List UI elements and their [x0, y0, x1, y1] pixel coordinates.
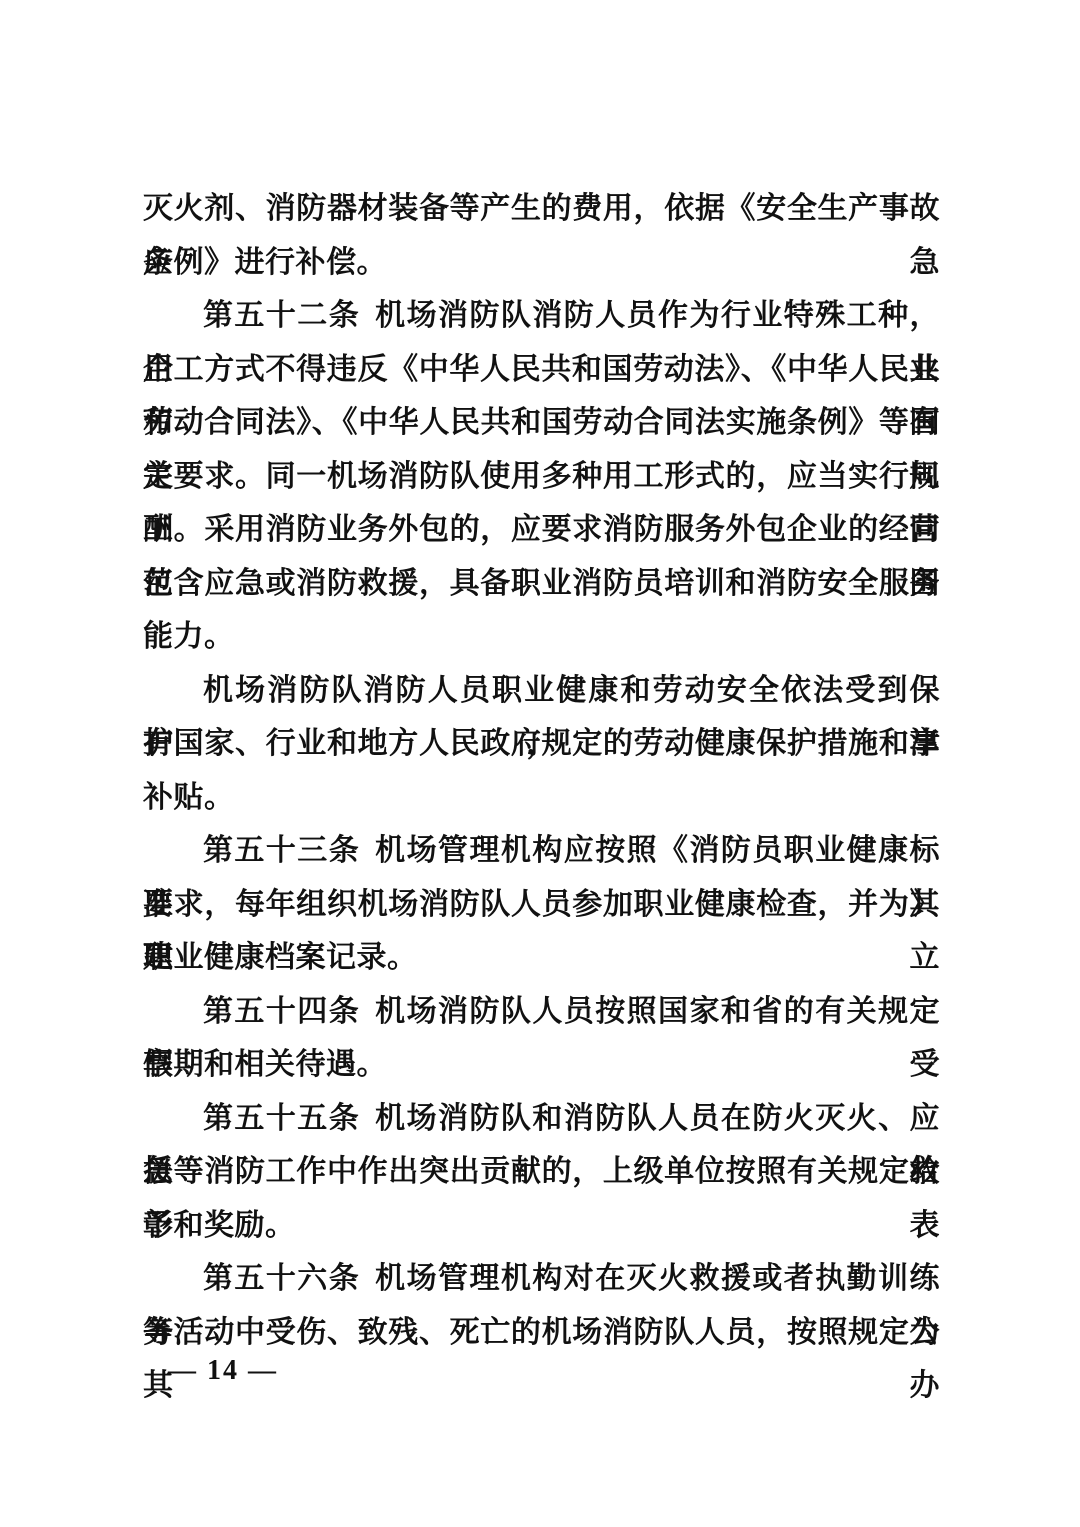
- text-line: 定要求。同一机场消防队使用多种用工形式的，应当实行同工同: [143, 450, 940, 504]
- text-line: 用工方式不得违反《中华人民共和国劳动法》、《中华人民共和国: [143, 343, 940, 397]
- text-line: 能力。: [143, 610, 940, 664]
- text-line: 灭火剂、消防器材装备等产生的费用，依据《安全生产事故应急: [143, 182, 940, 236]
- article-line: 第五十六条机场管理机构对在灭火救援或者执勤训练等公: [143, 1252, 940, 1306]
- text-line: 有国家、行业和地方人民政府规定的劳动健康保护措施和津: [143, 717, 940, 771]
- article-number: 第五十三条: [203, 834, 360, 867]
- article-line: 第五十五条机场消防队和消防队人员在防火灭火、应急救: [143, 1092, 940, 1146]
- page-number-footer: — 14 —: [168, 1355, 278, 1387]
- text-line: 机场消防队消防人员职业健康和劳动安全依法受到保护，享: [143, 664, 940, 718]
- text-line: 要求，每年组织机场消防队人员参加职业健康检查，并为其建立: [143, 878, 940, 932]
- text-block: 灭火剂、消防器材装备等产生的费用，依据《安全生产事故应急条例》进行补偿。第五十二…: [143, 182, 940, 1359]
- text-line: 包含应急或消防救援，具备职业消防员培训和消防安全服务: [143, 557, 940, 611]
- text-line: 务活动中受伤、致残、死亡的机场消防队人员，按照规定为其办: [143, 1306, 940, 1360]
- text-line: 援等消防工作中作出突出贡献的，上级单位按照有关规定给予表: [143, 1145, 940, 1199]
- article-number: 第五十二条: [203, 299, 360, 332]
- text-line: 补贴。: [143, 771, 940, 825]
- article-number: 第五十五条: [203, 1102, 360, 1135]
- article-number: 第五十四条: [203, 995, 360, 1028]
- text-line: 劳动合同法》、《中华人民共和国劳动合同法实施条例》等有关规: [143, 396, 940, 450]
- article-number: 第五十六条: [203, 1262, 360, 1295]
- article-line: 第五十三条机场管理机构应按照《消防员职业健康标准》: [143, 824, 940, 878]
- article-line: 第五十四条机场消防队人员按照国家和省的有关规定享受: [143, 985, 940, 1039]
- document-page: 灭火剂、消防器材装备等产生的费用，依据《安全生产事故应急条例》进行补偿。第五十二…: [0, 0, 1080, 1527]
- article-line: 第五十二条机场消防队消防人员作为行业特殊工种，企业: [143, 289, 940, 343]
- text-line: 酬。采用消防业务外包的，应要求消防服务外包企业的经营范围: [143, 503, 940, 557]
